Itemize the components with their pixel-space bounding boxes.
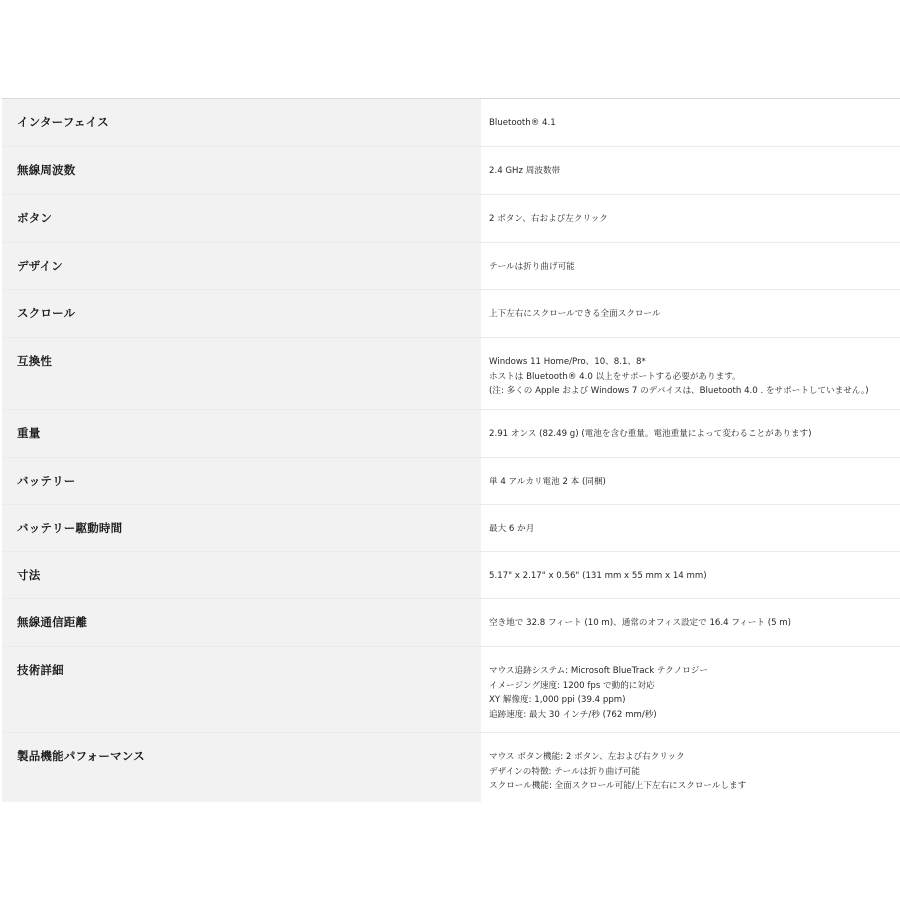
spec-row: デザインテールは折り曲げ可能 (2, 243, 900, 290)
spec-row: 無線通信距離空き地で 32.8 フィート (10 m)、通常のオフィス設定で 1… (2, 599, 900, 647)
spec-label: 無線通信距離 (2, 599, 481, 646)
spec-value-line: 5.17" x 2.17" x 0.56" (131 mm x 55 mm x … (489, 569, 900, 584)
spec-row: バッテリー駆動時間最大 6 か月 (2, 505, 900, 552)
spec-row: 寸法5.17" x 2.17" x 0.56" (131 mm x 55 mm … (2, 552, 900, 599)
spec-value-line: ホストは Bluetooth® 4.0 以上をサポートする必要があります。 (489, 370, 900, 385)
spec-row: 無線周波数2.4 GHz 周波数帯 (2, 147, 900, 195)
spec-row: インターフェイスBluetooth® 4.1 (2, 99, 900, 147)
spec-value-line: 最大 6 か月 (489, 522, 900, 537)
spec-value-line: 追跡速度: 最大 30 インチ/秒 (762 mm/秒) (489, 708, 900, 723)
spec-value-line: テールは折り曲げ可能 (489, 260, 900, 275)
spec-value: Windows 11 Home/Pro、10、8.1、8*ホストは Blueto… (481, 338, 900, 409)
spec-value: 単 4 アルカリ電池 2 本 (同梱) (481, 458, 900, 504)
spec-table: インターフェイスBluetooth® 4.1無線周波数2.4 GHz 周波数帯ボ… (2, 98, 900, 802)
spec-value-line: マウス追跡システム: Microsoft BlueTrack テクノロジー (489, 664, 900, 679)
spec-value-line: XY 解像度: 1,000 ppi (39.4 ppm) (489, 693, 900, 708)
spec-value: 2.91 オンス (82.49 g) (電池を含む重量。電池重量によって変わるこ… (481, 410, 900, 457)
spec-row: ボタン2 ボタン、右および左クリック (2, 195, 900, 243)
spec-value-line: 2 ボタン、右および左クリック (489, 212, 900, 227)
spec-value-line: Windows 11 Home/Pro、10、8.1、8* (489, 355, 900, 370)
spec-label: バッテリー駆動時間 (2, 505, 481, 551)
spec-label: 製品機能パフォーマンス (2, 733, 481, 802)
spec-value: 5.17" x 2.17" x 0.56" (131 mm x 55 mm x … (481, 552, 900, 598)
spec-value-line: デザインの特徴: テールは折り曲げ可能 (489, 765, 900, 780)
spec-value-line: 空き地で 32.8 フィート (10 m)、通常のオフィス設定で 16.4 フィ… (489, 616, 900, 631)
spec-value-line: (注: 多くの Apple および Windows 7 のデバイスは、Bluet… (489, 384, 900, 399)
spec-row: 重量2.91 オンス (82.49 g) (電池を含む重量。電池重量によって変わ… (2, 410, 900, 458)
spec-value-line: 2.4 GHz 周波数帯 (489, 164, 900, 179)
spec-value: マウス追跡システム: Microsoft BlueTrack テクノロジーイメー… (481, 647, 900, 732)
spec-label: 寸法 (2, 552, 481, 598)
spec-value-line: 2.91 オンス (82.49 g) (電池を含む重量。電池重量によって変わるこ… (489, 427, 900, 442)
spec-value-line: Bluetooth® 4.1 (489, 116, 900, 131)
spec-row: 互換性Windows 11 Home/Pro、10、8.1、8*ホストは Blu… (2, 338, 900, 410)
spec-row: バッテリー単 4 アルカリ電池 2 本 (同梱) (2, 458, 900, 505)
spec-label: インターフェイス (2, 99, 481, 146)
spec-row: スクロール上下左右にスクロールできる全面スクロール (2, 290, 900, 338)
spec-value-line: イメージング速度: 1200 fps で動的に対応 (489, 679, 900, 694)
spec-value: 2 ボタン、右および左クリック (481, 195, 900, 242)
spec-value: Bluetooth® 4.1 (481, 99, 900, 146)
spec-label: ボタン (2, 195, 481, 242)
spec-value: テールは折り曲げ可能 (481, 243, 900, 289)
spec-value: 上下左右にスクロールできる全面スクロール (481, 290, 900, 337)
spec-row: 製品機能パフォーマンスマウス ボタン機能: 2 ボタン、左および右クリックデザイ… (2, 733, 900, 802)
spec-label: 重量 (2, 410, 481, 457)
spec-label: 技術詳細 (2, 647, 481, 732)
spec-label: 互換性 (2, 338, 481, 409)
spec-value: 最大 6 か月 (481, 505, 900, 551)
spec-value-line: 上下左右にスクロールできる全面スクロール (489, 307, 900, 322)
spec-label: バッテリー (2, 458, 481, 504)
spec-label: 無線周波数 (2, 147, 481, 194)
spec-value-line: 単 4 アルカリ電池 2 本 (同梱) (489, 475, 900, 490)
spec-row: 技術詳細マウス追跡システム: Microsoft BlueTrack テクノロジ… (2, 647, 900, 733)
spec-value: マウス ボタン機能: 2 ボタン、左および右クリックデザインの特徴: テールは折… (481, 733, 900, 802)
spec-label: デザイン (2, 243, 481, 289)
spec-value: 空き地で 32.8 フィート (10 m)、通常のオフィス設定で 16.4 フィ… (481, 599, 900, 646)
spec-value-line: マウス ボタン機能: 2 ボタン、左および右クリック (489, 750, 900, 765)
spec-value-line: スクロール機能: 全面スクロール可能/上下左右にスクロールします (489, 779, 900, 794)
spec-value: 2.4 GHz 周波数帯 (481, 147, 900, 194)
spec-label: スクロール (2, 290, 481, 337)
